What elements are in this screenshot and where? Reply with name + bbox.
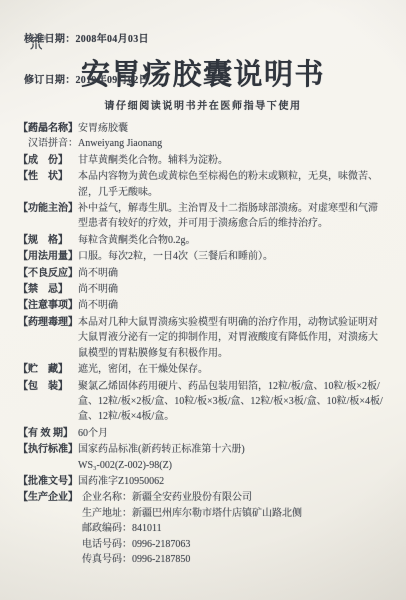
section-row: 【功能主治】补中益气，解毒生肌。主治胃及十二指肠球部溃疡。对虚寒型和气滞型患者有… (18, 201, 384, 232)
section-row: 【成 份】甘草黄酮类化合物。辅料为淀粉。 (18, 153, 384, 168)
section-subitem: 通用名称：安胃疡胶囊 (28, 121, 384, 136)
section-label: 【生产企业】 (18, 490, 78, 505)
section-label: 【用法用量】 (18, 249, 78, 264)
section-row: 【包 装】聚氯乙烯固体药用硬片、药品包装用铝箔，12粒/板/盒、10粒/板×2板… (18, 379, 384, 425)
section-text: 甘草黄酮类化合物。辅料为淀粉。 (78, 153, 384, 168)
section-row: 【性 状】本品内容物为黄色或黄棕色至棕褐色的粉末或颗粒，无臭，味微苦、涩，几乎无… (18, 169, 384, 200)
section-text: 聚氯乙烯固体药用硬片、药品包装用铝箔，12粒/板/盒、10粒/板×2板/盒、12… (78, 379, 384, 425)
section-text: 口服。每次2粒，一日4次（三餐后和睡前）。 (78, 249, 384, 264)
section-row: 【注意事项】尚不明确 (18, 298, 384, 313)
section-text: WS₃-002(Z-002)-98(Z) (78, 458, 384, 473)
leaflet-sheet: 核准日期：2008年04月03日 修订日期：2019年09月02日 ® 安胃疡胶… (0, 0, 406, 600)
section-subitem: 汉语拼音：Anweiyang Jiaonang (28, 136, 384, 151)
section-label: 【药理毒理】 (18, 315, 78, 330)
revision-date-value: 2019年09月02日 (76, 75, 149, 86)
section-label: 【规 格】 (18, 233, 68, 248)
section-label: 【有 效 期】 (18, 426, 73, 441)
revision-date-label: 修订日期： (24, 75, 76, 86)
section-text: 尚不明确 (78, 298, 384, 313)
section-row: 【贮 藏】遮光，密闭，在干燥处保存。 (18, 362, 384, 377)
section-label: 【批准文号】 (18, 474, 78, 489)
sections-container: 【药品名称】通用名称：安胃疡胶囊汉语拼音：Anweiyang Jiaonang【… (18, 121, 384, 567)
section-label: 【执行标准】 (18, 442, 78, 457)
registered-mark: ® (43, 36, 48, 42)
revision-date-line: 修订日期：2019年09月02日 (24, 74, 149, 88)
section-text: 本品内容物为黄色或黄棕色至棕褐色的粉末或颗粒，无臭，味微苦、涩，几乎无酸味。 (78, 169, 384, 200)
section-subitem: 邮政编码：841011 (82, 521, 384, 536)
company-logo-icon: ® (29, 36, 49, 52)
section-text: 尚不明确 (78, 266, 384, 281)
section-row: 【药品名称】通用名称：安胃疡胶囊汉语拼音：Anweiyang Jiaonang (18, 121, 384, 152)
section-label: 【不良反应】 (18, 266, 78, 281)
section-label: 【药品名称】 (18, 121, 78, 136)
section-subitem: 传真号码：0996-2187850 (82, 552, 384, 567)
section-row: 【用法用量】口服。每次2粒，一日4次（三餐后和睡前）。 (18, 249, 384, 264)
section-subitem: 生产地址：新疆巴州库尔勒市塔什店镇矿山路北侧 (82, 506, 384, 521)
section-text: 尚不明确 (78, 282, 384, 297)
section-row: 【规 格】每粒含黄酮类化合物0.2g。 (18, 233, 384, 248)
section-row: 【禁 忌】尚不明确 (18, 282, 384, 297)
section-row: 【生产企业】企业名称：新疆全安药业股份有限公司生产地址：新疆巴州库尔勒市塔什店镇… (18, 490, 384, 567)
section-text: 国药准字Z10950062 (78, 474, 384, 489)
section-text: 本品对几种大鼠胃溃疡实验模型有明确的治疗作用，动物试验证明对大鼠胃液分泌有一定的… (78, 315, 384, 361)
section-text: 遮光，密闭，在干燥处保存。 (78, 362, 384, 377)
section-label: 【贮 藏】 (18, 362, 68, 377)
section-label: 【注意事项】 (18, 298, 78, 313)
section-row: 【批准文号】国药准字Z10950062 (18, 474, 384, 489)
date-block: 核准日期：2008年04月03日 修订日期：2019年09月02日 (24, 6, 149, 114)
approval-date-value: 2008年04月03日 (76, 34, 149, 45)
section-text: 国家药品标准(新药转正标准第十六册) (78, 442, 384, 457)
section-label: 【成 份】 (18, 153, 68, 168)
section-row: 【药理毒理】本品对几种大鼠胃溃疡实验模型有明确的治疗作用，动物试验证明对大鼠胃液… (18, 315, 384, 361)
section-label: 【禁 忌】 (18, 282, 68, 297)
section-label: 【功能主治】 (18, 201, 78, 216)
section-row: 【有 效 期】60个月 (18, 426, 384, 441)
section-text: 每粒含黄酮类化合物0.2g。 (78, 233, 384, 248)
section-subitem: 企业名称：新疆全安药业股份有限公司 (82, 490, 384, 505)
section-label: 【性 状】 (18, 169, 68, 184)
section-subitem: 电话号码：0996-2187063 (82, 537, 384, 552)
section-text: 补中益气，解毒生肌。主治胃及十二指肠球部溃疡。对虚寒型和气滞型患者有较好的疗效，… (78, 201, 384, 232)
section-row: 【执行标准】国家药品标准(新药转正标准第十六册)WS₃-002(Z-002)-9… (18, 442, 384, 473)
section-row: 【不良反应】尚不明确 (18, 266, 384, 281)
section-text: 60个月 (78, 426, 384, 441)
logo-glyph-icon (29, 36, 43, 50)
section-label: 【包 装】 (18, 379, 68, 394)
